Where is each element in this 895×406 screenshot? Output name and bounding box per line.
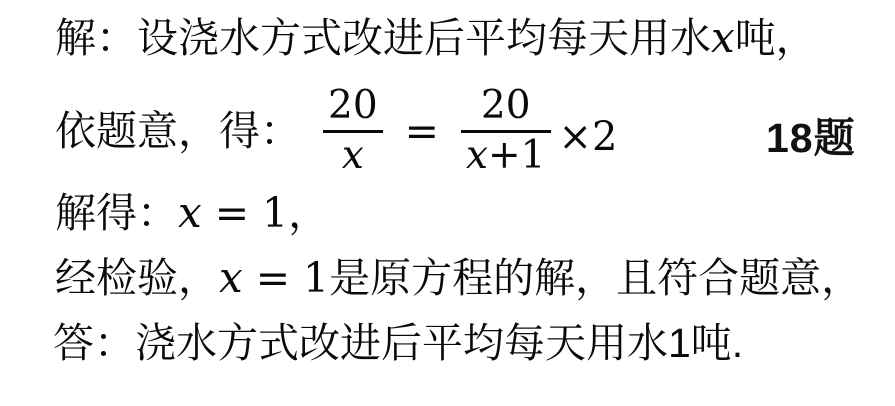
line3-variable-x: x [178, 188, 202, 237]
fraction-left-denominator: x [342, 133, 364, 178]
line4-value: 1 [303, 254, 329, 302]
problem-number-label: 18题 [766, 105, 856, 164]
solution-line-3: 解得：x=1， [55, 189, 329, 237]
line4-equals-sign: = [256, 254, 290, 302]
line3-equals-sign: = [215, 189, 249, 237]
solution-line-4: 经检验，x=1是原方程的解，且符合题意， [55, 254, 862, 302]
fraction-right-denominator-rest: +1 [488, 133, 546, 178]
fraction-right-denominator: x+1 [461, 135, 551, 177]
equation-equals-sign: = [405, 107, 439, 155]
line4-lead-text: 经检验， [55, 255, 219, 301]
line1-variable-x: x [711, 13, 735, 62]
line4-variable-x: x [219, 253, 243, 302]
solution-line-5-answer: 答：浇水方式改进后平均每天用水1吨. [53, 319, 743, 367]
line4-suffix: 是原方程的解，且符合题意， [329, 255, 862, 301]
fraction-right-numerator: 20 [476, 85, 536, 127]
equation-multiplier: ×2 [559, 113, 618, 161]
fraction-left: 20 x [323, 85, 383, 177]
fraction-right-denominator-var: x [466, 133, 488, 178]
line3-value: 1 [262, 189, 288, 237]
line2-lead-text: 依题意，得： [55, 107, 301, 155]
line1-suffix: 吨， [735, 15, 817, 61]
fraction-left-numerator: 20 [323, 85, 383, 127]
fraction-right: 20 x+1 [461, 85, 551, 177]
solution-line-1: 解：设浇水方式改进后平均每天用水x吨， [55, 14, 817, 62]
solution-line-2-equation: 依题意，得： 20 x = 20 x+1 ×2 [55, 82, 617, 180]
line1-text: 解：设浇水方式改进后平均每天用水 [55, 15, 711, 61]
line5-text: 答：浇水方式改进后平均每天用水1吨. [53, 320, 743, 366]
line3-lead-text: 解得： [55, 190, 178, 236]
line3-suffix: ， [288, 190, 329, 236]
